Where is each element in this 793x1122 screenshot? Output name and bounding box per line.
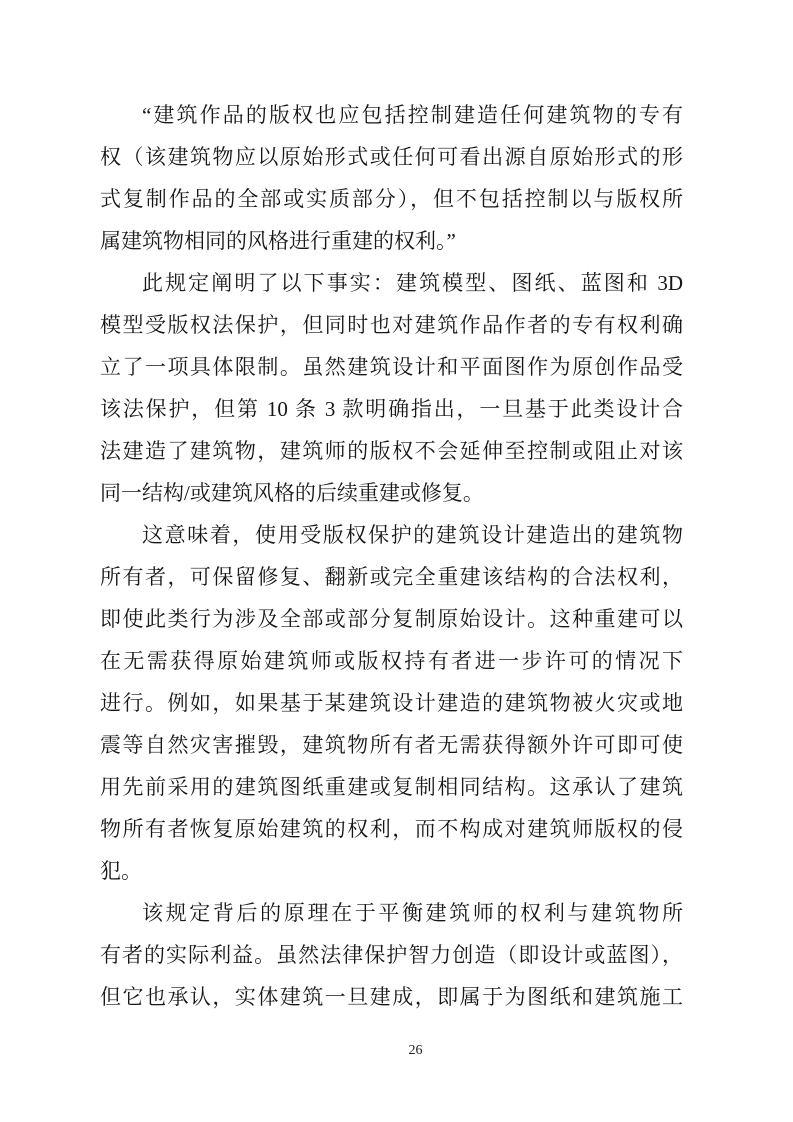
paragraph: “建筑作品的版权也应包括控制建造任何建筑物的专有权（该建筑物应以原始形式或任何可… bbox=[100, 94, 683, 262]
paragraph: 该规定背后的原理在于平衡建筑师的权利与建筑物所有者的实际利益。虽然法律保护智力创… bbox=[100, 892, 683, 1018]
paragraph: 这意味着，使用受版权保护的建筑设计建造出的建筑物所有者，可保留修复、翻新或完全重… bbox=[100, 514, 683, 892]
text-line: 但它也承认，实体建筑一旦建成，即属于为图纸和建筑施工 bbox=[100, 976, 683, 1018]
text-line: 模型受版权法保护，但同时也对建筑作品作者的专有权利确 bbox=[100, 304, 683, 346]
document-body-text: “建筑作品的版权也应包括控制建造任何建筑物的专有权（该建筑物应以原始形式或任何可… bbox=[100, 94, 683, 1018]
text-line: 有者的实际利益。虽然法律保护智力创造（即设计或蓝图）， bbox=[100, 934, 683, 976]
text-line: 属建筑物相同的风格进行重建的权利。” bbox=[100, 220, 683, 262]
text-line: 立了一项具体限制。虽然建筑设计和平面图作为原创作品受 bbox=[100, 346, 683, 388]
text-line: 该法保护，但第 10 条 3 款明确指出，一旦基于此类设计合 bbox=[100, 388, 683, 430]
page-number: 26 bbox=[409, 1043, 423, 1058]
paragraph: 此规定阐明了以下事实：建筑模型、图纸、蓝图和 3D模型受版权法保护，但同时也对建… bbox=[100, 262, 683, 514]
text-line: 在无需获得原始建筑师或版权持有者进一步许可的情况下 bbox=[100, 640, 683, 682]
text-line: 式复制作品的全部或实质部分），但不包括控制以与版权所 bbox=[100, 178, 683, 220]
text-line: 用先前采用的建筑图纸重建或复制相同结构。这承认了建筑 bbox=[100, 766, 683, 808]
text-line: 震等自然灾害摧毁，建筑物所有者无需获得额外许可即可使 bbox=[100, 724, 683, 766]
text-line: 同一结构/或建筑风格的后续重建或修复。 bbox=[100, 472, 683, 514]
text-line: 所有者，可保留修复、翻新或完全重建该结构的合法权利， bbox=[100, 556, 683, 598]
text-line: 进行。例如，如果基于某建筑设计建造的建筑物被火灾或地 bbox=[100, 682, 683, 724]
text-line: 此规定阐明了以下事实：建筑模型、图纸、蓝图和 3D bbox=[100, 262, 683, 304]
text-line: 该规定背后的原理在于平衡建筑师的权利与建筑物所 bbox=[100, 892, 683, 934]
text-line: 犯。 bbox=[100, 850, 683, 892]
page-footer: 26 bbox=[0, 1042, 793, 1060]
text-line: 法建造了建筑物，建筑师的版权不会延伸至控制或阻止对该 bbox=[100, 430, 683, 472]
text-line: 物所有者恢复原始建筑的权利，而不构成对建筑师版权的侵 bbox=[100, 808, 683, 850]
text-line: 权（该建筑物应以原始形式或任何可看出源自原始形式的形 bbox=[100, 136, 683, 178]
text-line: 即使此类行为涉及全部或部分复制原始设计。这种重建可以 bbox=[100, 598, 683, 640]
document-page: “建筑作品的版权也应包括控制建造任何建筑物的专有权（该建筑物应以原始形式或任何可… bbox=[0, 0, 793, 1122]
text-line: 这意味着，使用受版权保护的建筑设计建造出的建筑物 bbox=[100, 514, 683, 556]
text-line: “建筑作品的版权也应包括控制建造任何建筑物的专有 bbox=[100, 94, 683, 136]
